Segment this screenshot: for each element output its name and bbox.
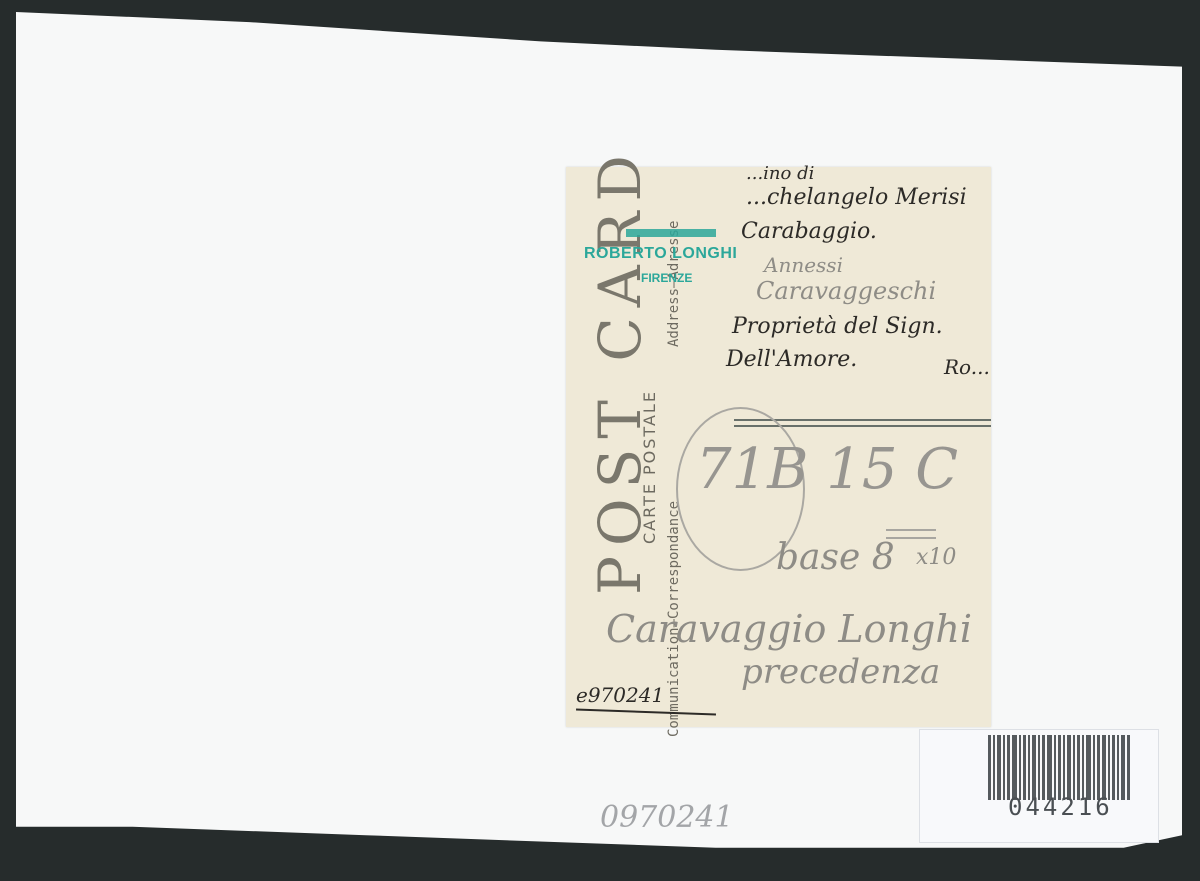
ink-line-1: ...ino di (746, 163, 814, 184)
ink-line-2: ...chelangelo Merisi (746, 185, 967, 210)
inventory-underline (576, 709, 716, 716)
stamp-bar (626, 229, 716, 237)
barcode-number: 044216 (1008, 793, 1113, 821)
inventory-number: e970241 (576, 683, 664, 707)
barcode-icon (988, 735, 1138, 800)
pencil-caravaggio-longhi: Caravaggio Longhi (606, 607, 972, 651)
pencil-underline (886, 529, 936, 531)
mount-pencil-id: 0970241 (600, 800, 734, 835)
carte-postale-label: CARTE POSTALE (640, 390, 659, 544)
stamp-city: FIRENZE (641, 271, 692, 285)
ink-line-4: Proprietà del Sign. (732, 314, 943, 339)
pencil-caravaggeschi: Caravaggeschi (756, 277, 936, 305)
pencil-base: base 8 (776, 537, 895, 578)
postcard-back: POST CARD CARTE POSTALE Communication—Co… (566, 167, 991, 727)
barcode-label: 044216 (919, 729, 1159, 843)
ink-line-6: Ro... (944, 355, 990, 379)
pencil-code: 71B 15 C (696, 437, 958, 502)
ink-line-5: Dell'Amore. (726, 347, 857, 372)
stamp-name: ROBERTO LONGHI (584, 245, 737, 263)
pencil-annessi: Annessi (764, 253, 843, 277)
pencil-multiplier: x10 (916, 545, 956, 570)
ink-line-3: Carabaggio. (741, 219, 877, 244)
pencil-precedenza: precedenza (741, 652, 940, 692)
